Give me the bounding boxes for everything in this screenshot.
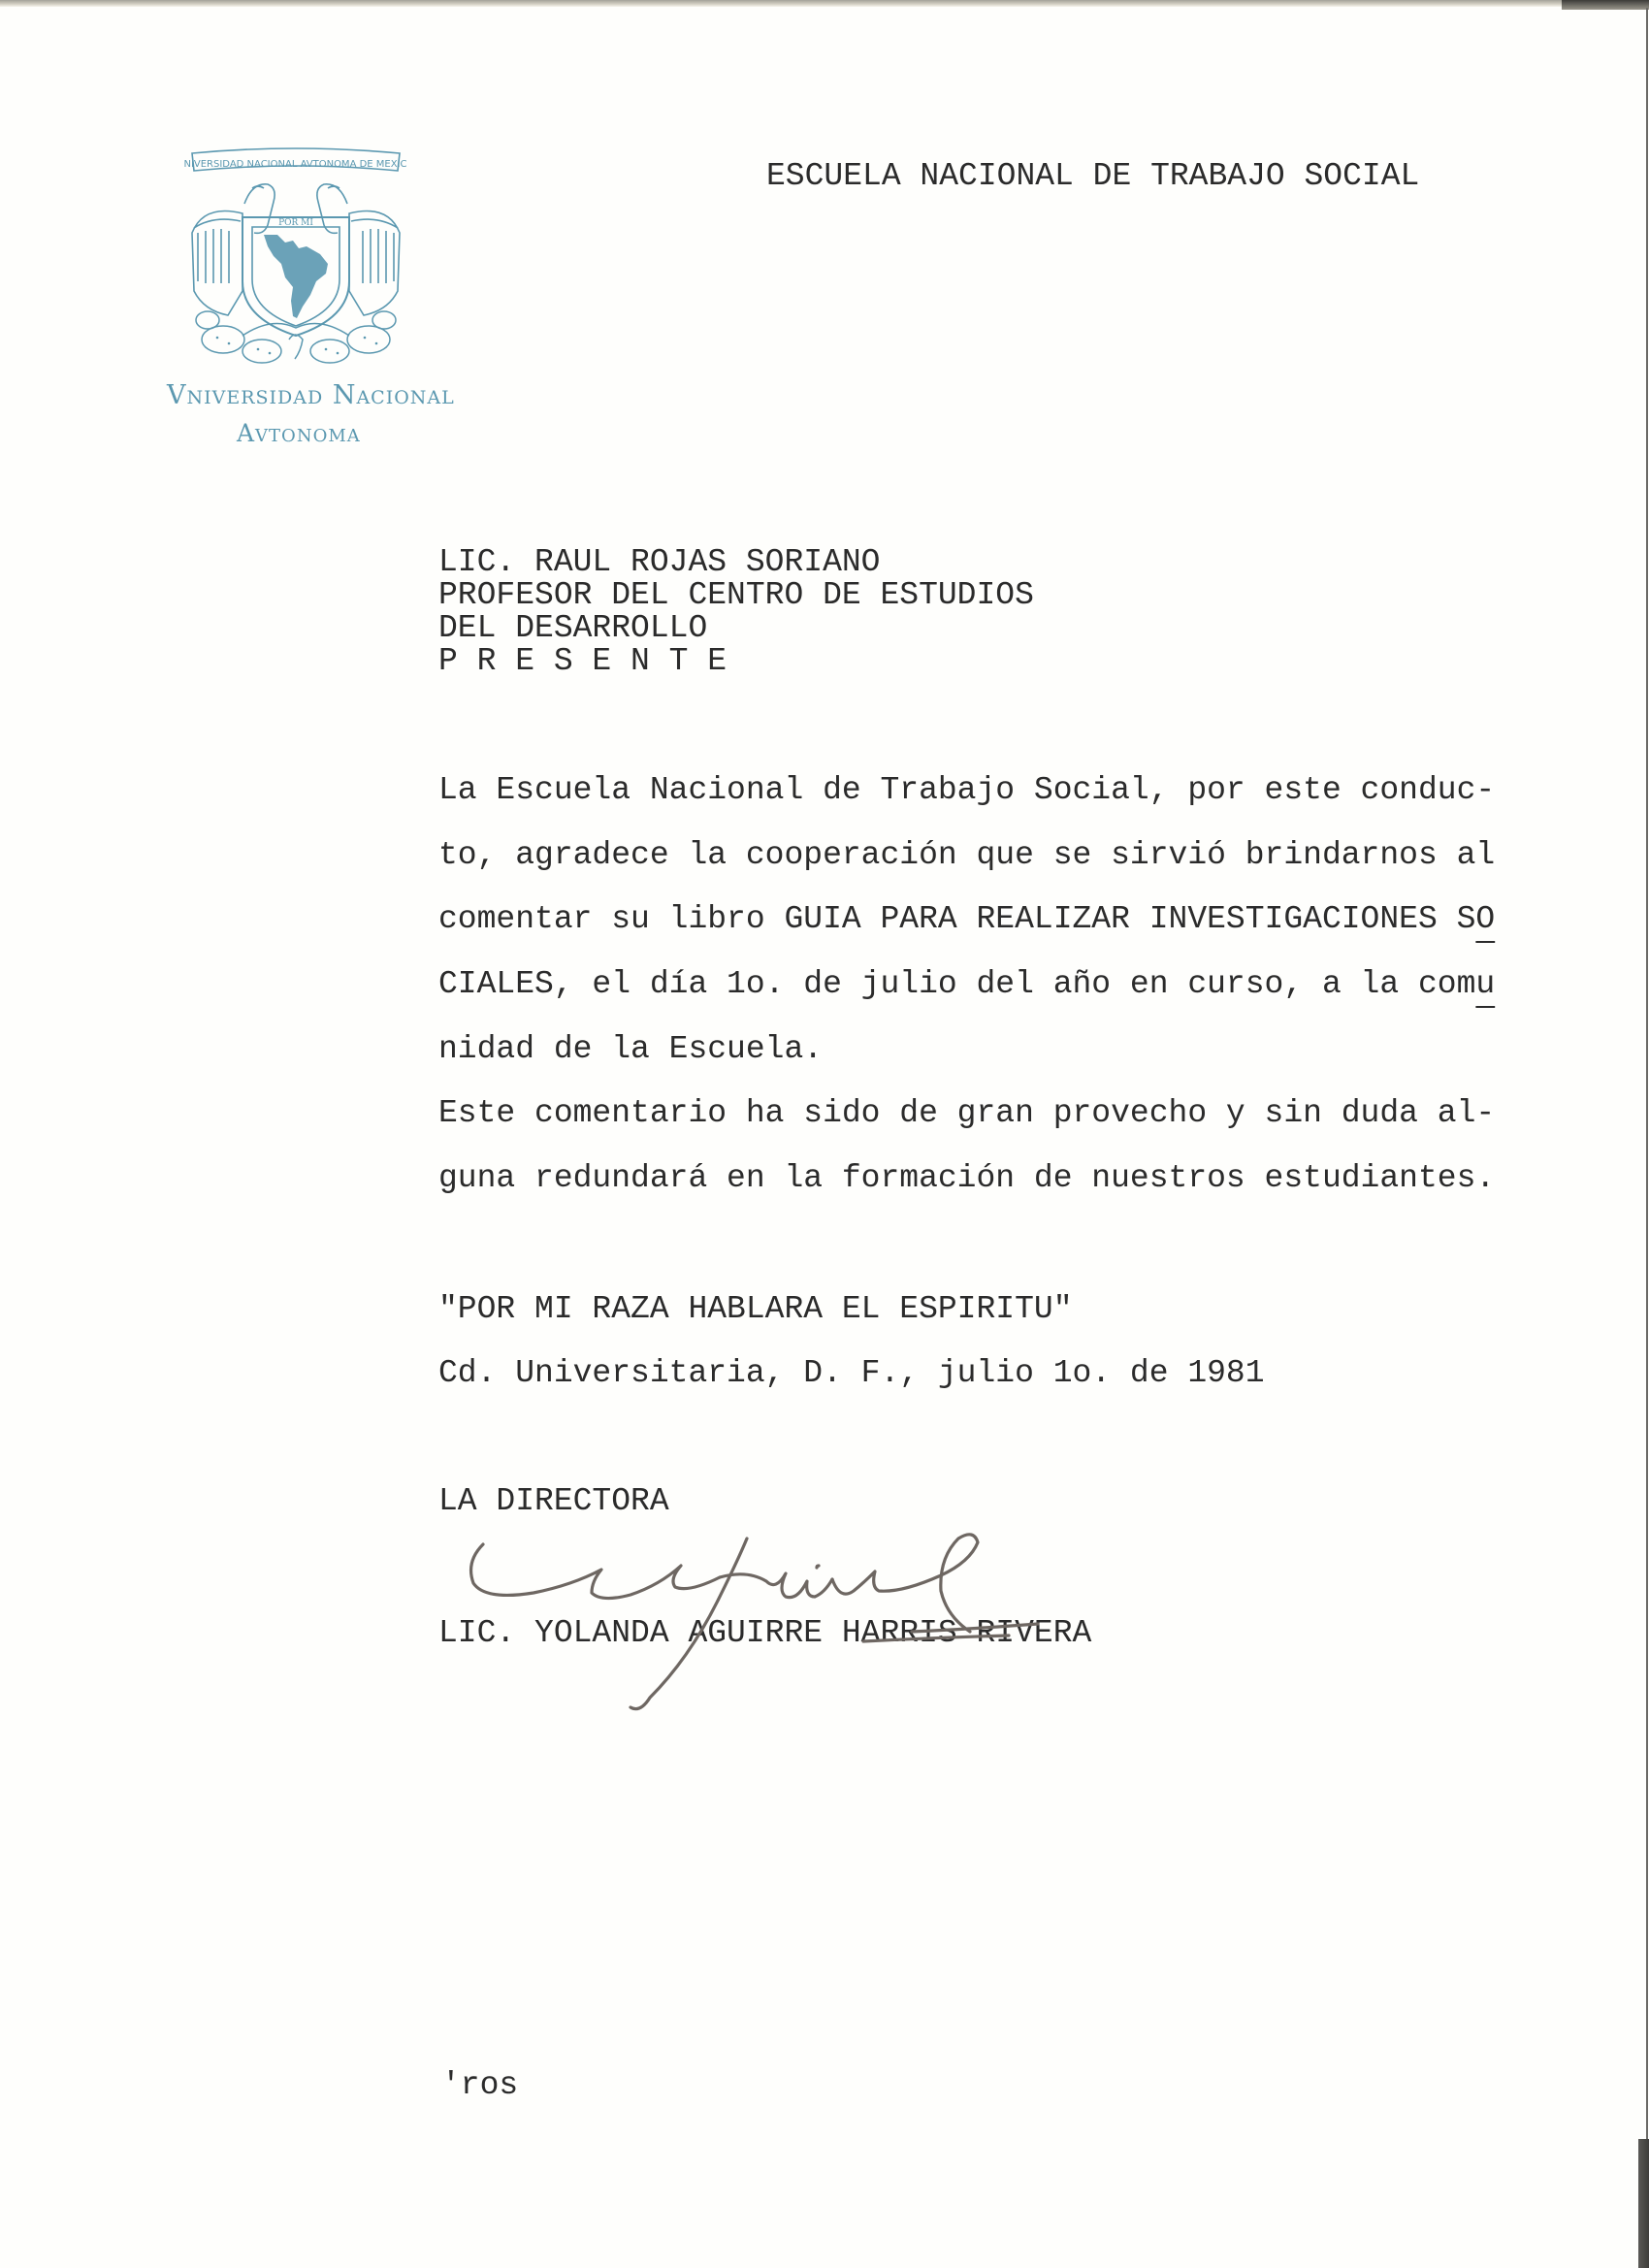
recipient-presente: P R E S E N T E bbox=[438, 642, 727, 681]
svg-text:VNIVERSIDAD NACIONAL AVTONOMA: VNIVERSIDAD NACIONAL AVTONOMA DE MEXICO bbox=[184, 159, 407, 170]
unam-coat-of-arms-icon: VNIVERSIDAD NACIONAL AVTONOMA DE MEXICO … bbox=[184, 146, 407, 369]
place-and-date: Cd. Universitaria, D. F., julio 1o. de 1… bbox=[438, 1354, 1265, 1393]
body-line: guna redundará en la formación de nuestr… bbox=[438, 1159, 1495, 1198]
institution-header: ESCUELA NACIONAL DE TRABAJO SOCIAL bbox=[766, 157, 1419, 196]
university-name-line1: Vniversidad Nacional bbox=[167, 380, 455, 410]
body-line: nidad de la Escuela. bbox=[438, 1030, 823, 1069]
university-name-line2: Avtonoma bbox=[237, 419, 361, 447]
hyphen-underscore-mark: u bbox=[1475, 966, 1495, 1002]
scan-edge-corner bbox=[1562, 0, 1649, 10]
scan-edge-bottom-right bbox=[1638, 2139, 1649, 2268]
scan-edge-right bbox=[1646, 8, 1648, 2142]
letter-page: VNIVERSIDAD NACIONAL AVTONOMA DE MEXICO … bbox=[0, 0, 1649, 2268]
svg-text:POR MI: POR MI bbox=[278, 218, 313, 228]
signer-title: LA DIRECTORA bbox=[438, 1482, 669, 1521]
body-line: comentar su libro GUIA PARA REALIZAR INV… bbox=[438, 900, 1495, 939]
body-line: CIALES, el día 1o. de julio del año en c… bbox=[438, 965, 1495, 1004]
signer-name: LIC. YOLANDA AGUIRRE HARRIS RIVERA bbox=[438, 1614, 1091, 1653]
scan-edge-top bbox=[0, 0, 1649, 7]
hyphen-underscore-mark: O bbox=[1475, 901, 1495, 937]
body-line: Este comentario ha sido de gran provecho… bbox=[438, 1094, 1495, 1133]
reference-initials: 'ros bbox=[441, 2066, 518, 2105]
body-line: to, agradece la cooperación que se sirvi… bbox=[438, 836, 1495, 875]
body-line: La Escuela Nacional de Trabajo Social, p… bbox=[438, 771, 1495, 810]
university-motto: "POR MI RAZA HABLARA EL ESPIRITU" bbox=[438, 1290, 1073, 1329]
